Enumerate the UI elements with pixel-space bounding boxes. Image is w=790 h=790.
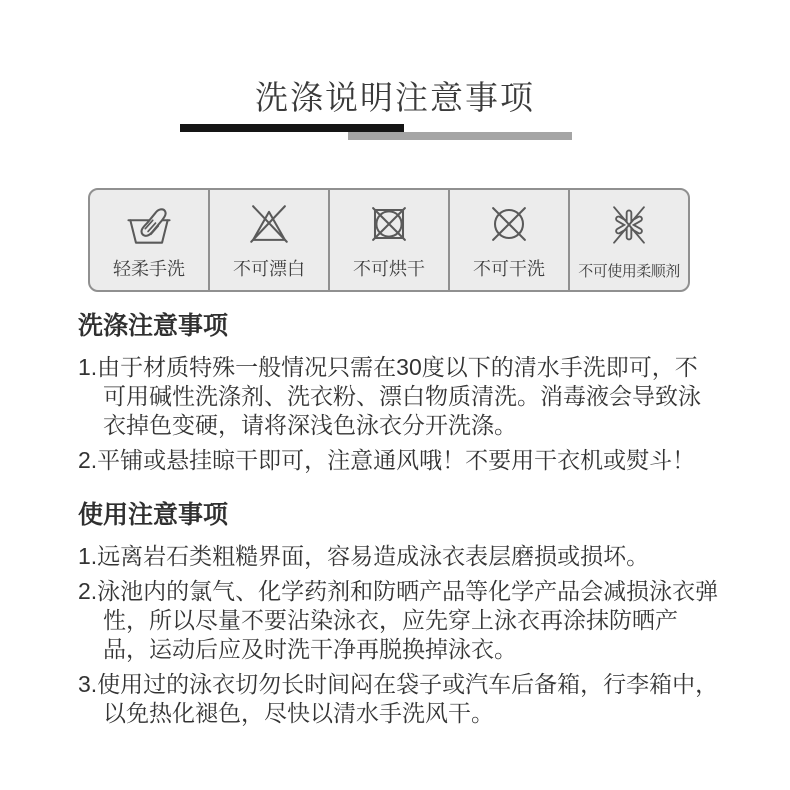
usage-instruction-item: 3.使用过的泳衣切勿长时间闷在袋子或汽车后备箱，行李箱中，以免热化褪色，尽快以清… bbox=[78, 670, 720, 728]
care-symbol-cell-hand-wash: 轻柔手洗 bbox=[90, 190, 208, 290]
divider-bar-gray bbox=[348, 132, 572, 140]
instructions-content: 洗涤注意事项 1.由于材质特殊一般情况只需在30度以下的清水手洗即可，不可用碱性… bbox=[78, 312, 720, 734]
section-heading-washing: 洗涤注意事项 bbox=[78, 312, 720, 341]
care-instructions-page: 洗涤说明注意事项 轻柔手洗 不可漂白 不 bbox=[0, 0, 790, 790]
page-title: 洗涤说明注意事项 bbox=[0, 72, 790, 119]
care-symbol-cell-no-tumble-dry: 不可烘干 bbox=[328, 190, 448, 290]
care-symbol-label: 不可烘干 bbox=[353, 255, 425, 281]
care-symbol-cell-no-bleach: 不可漂白 bbox=[208, 190, 328, 290]
usage-instruction-item: 1.远离岩石类粗糙界面，容易造成泳衣表层磨损或损坏。 bbox=[78, 542, 720, 571]
washing-instruction-item: 1.由于材质特殊一般情况只需在30度以下的清水手洗即可，不可用碱性洗涤剂、洗衣粉… bbox=[78, 353, 720, 440]
no-bleach-icon bbox=[241, 196, 297, 252]
usage-instruction-item: 2.泳池内的氯气、化学药剂和防晒产品等化学产品会减损泳衣弹性，所以尽量不要沾染泳… bbox=[78, 577, 720, 664]
care-symbol-label: 轻柔手洗 bbox=[113, 255, 185, 281]
no-dry-clean-icon bbox=[481, 196, 537, 252]
washing-instruction-item: 2.平铺或悬挂晾干即可，注意通风哦！不要用干衣机或熨斗！ bbox=[78, 446, 720, 475]
care-symbol-panel: 轻柔手洗 不可漂白 不可烘干 不可干洗 bbox=[88, 188, 690, 292]
section-heading-usage: 使用注意事项 bbox=[78, 501, 720, 530]
care-symbol-cell-no-dry-clean: 不可干洗 bbox=[448, 190, 568, 290]
care-symbol-label: 不可漂白 bbox=[233, 255, 305, 281]
no-tumble-dry-icon bbox=[361, 196, 417, 252]
divider-bar-black bbox=[180, 124, 404, 132]
care-symbol-label: 不可使用柔顺剂 bbox=[578, 260, 680, 281]
no-fabric-softener-icon bbox=[601, 196, 657, 252]
care-symbol-label: 不可干洗 bbox=[473, 255, 545, 281]
hand-wash-icon bbox=[121, 196, 177, 252]
care-symbol-cell-no-fabric-softener: 不可使用柔顺剂 bbox=[568, 190, 688, 290]
